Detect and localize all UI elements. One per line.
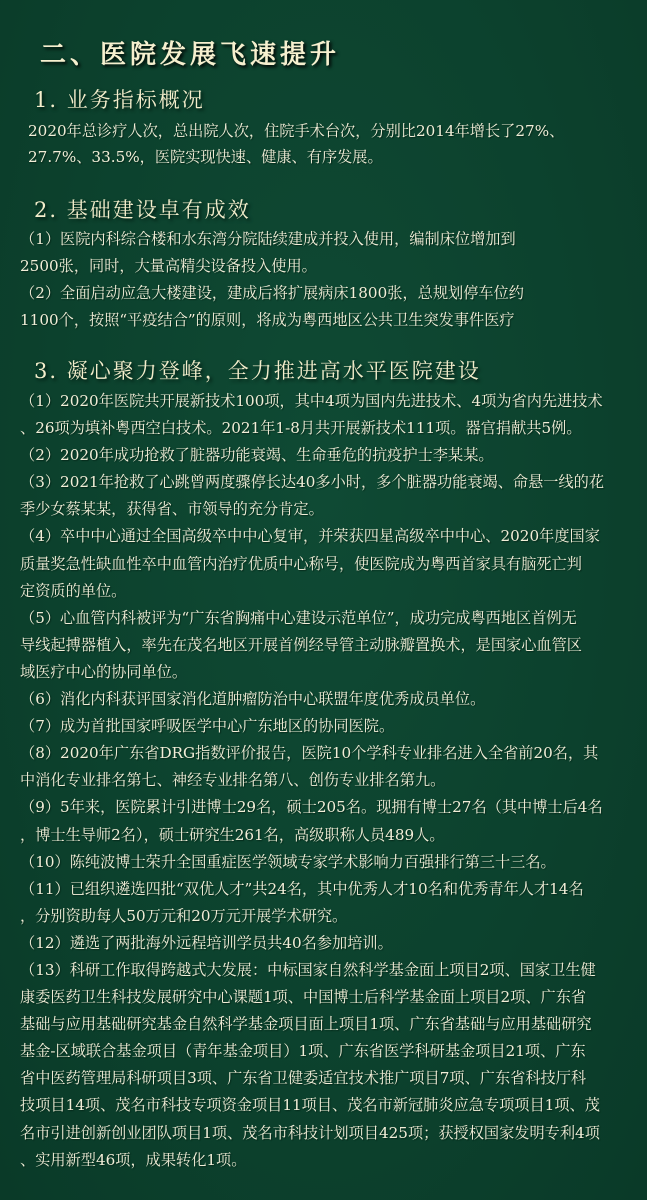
- text-line: 、实用新型46项，成果转化1项。: [20, 1147, 630, 1174]
- text-line: （10）陈纯波博士荣升全国重症医学领域专家学术影响力百强排行第三十三名。: [20, 849, 630, 876]
- text-line: 2500张，同时，大量高精尖设备投入使用。: [20, 253, 630, 280]
- text-line: 中消化专业排名第七、神经专业排名第八、创伤专业排名第九。: [20, 767, 630, 794]
- text-line: （1）医院内科综合楼和水东湾分院陆续建成并投入使用，编制床位增加到: [20, 226, 630, 253]
- text-line: （7）成为首批国家呼吸医学中心广东地区的协同医院。: [20, 713, 630, 740]
- text-line: 基础与应用基础研究基金自然科学基金项目面上项目1项、广东省基础与应用基础研究: [20, 1011, 630, 1038]
- text-line: ，博士生导师2名），硕士研究生261名，高级职称人员489人。: [20, 822, 630, 849]
- main-title: 二、医院发展飞速提升: [40, 34, 340, 71]
- text-line: （13）科研工作取得跨越式大发展：中标国家自然科学基金面上项目2项、国家卫生健: [20, 957, 630, 984]
- text-line: 季少女蔡某某，获得省、市领导的充分肯定。: [20, 496, 630, 523]
- text-line: 、26项为填补粤西空白技术。2021年1-8月共开展新技术111项。器官捐献共5…: [20, 415, 630, 442]
- text-line: 定资质的单位。: [20, 578, 630, 605]
- text-line: （1）2020年医院共开展新技术100项，其中4项为国内先进技术、4项为省内先进…: [20, 388, 630, 415]
- text-line: （2）全面启动应急大楼建设，建成后将扩展病床1800张，总规划停车位约: [20, 280, 630, 307]
- text-line: （5）心血管内科被评为“广东省胸痛中心建设示范单位”，成功完成粤西地区首例无: [20, 605, 630, 632]
- text-line: （8）2020年广东省DRG指数评价报告，医院10个学科专业排名进入全省前20名…: [20, 740, 630, 767]
- text-line: （4）卒中中心通过全国高级卒中中心复审，并荣获四星高级卒中中心、2020年度国家: [20, 523, 630, 550]
- text-line: 质量奖急性缺血性卒中血管内治疗优质中心称号，使医院成为粤西首家具有脑死亡判: [20, 551, 630, 578]
- text-line: 康委医药卫生科技发展研究中心课题1项、中国博士后科学基金面上项目2项、广东省: [20, 984, 630, 1011]
- text-line: ，分别资助每人50万元和20万元开展学术研究。: [20, 903, 630, 930]
- text-line: 技项目14项、茂名市科技专项资金项目11项目、茂名市新冠肺炎应急专项项目1项、茂: [20, 1092, 630, 1119]
- text-line: （12）遴选了两批海外远程培训学员共40名参加培训。: [20, 930, 630, 957]
- section-1-body: 2020年总诊疗人次，总出院人次，住院手术台次，分别比2014年增长了27%、 …: [28, 118, 638, 170]
- text-line: 导线起搏器植入，率先在茂名地区开展首例经导管主动脉瓣置换术，是国家心血管区: [20, 632, 630, 659]
- text-line: （3）2021年抢救了心跳曾两度骤停长达40多小时，多个脏器功能衰竭、命悬一线的…: [20, 469, 630, 496]
- text-line: （11）已组织遴选四批“双优人才”共24名，其中优秀人才10名和优秀青年人才14…: [20, 876, 630, 903]
- text-line: 名市引进创新创业团队项目1项、茂名市科技计划项目425项；获授权国家发明专利4项: [20, 1120, 630, 1147]
- section-3-heading: 3. 凝心聚力登峰，全力推进高水平医院建设: [34, 355, 481, 385]
- text-line: 1100个，按照“平疫结合”的原则，将成为粤西地区公共卫生突发事件医疗: [20, 307, 630, 334]
- section-3-body: （1）2020年医院共开展新技术100项，其中4项为国内先进技术、4项为省内先进…: [20, 388, 630, 1174]
- text-line: （9）5年来，医院累计引进博士29名，硕士205名。现拥有博士27名（其中博士后…: [20, 794, 630, 821]
- text-line: 基金-区域联合基金项目（青年基金项目）1项、广东省医学科研基金项目21项、广东: [20, 1038, 630, 1065]
- text-line: 省中医药管理局科研项目3项、广东省卫健委适宜技术推广项目7项、广东省科技厅科: [20, 1065, 630, 1092]
- text-line: 27.7%、33.5%，医院实现快速、健康、有序发展。: [28, 144, 638, 170]
- section-2-heading: 2. 基础建设卓有成效: [34, 194, 251, 224]
- text-line: （6）消化内科获评国家消化道肿瘤防治中心联盟年度优秀成员单位。: [20, 686, 630, 713]
- text-line: 域医疗中心的协同单位。: [20, 659, 630, 686]
- text-line: （2）2020年成功抢救了脏器功能衰竭、生命垂危的抗疫护士李某某。: [20, 442, 630, 469]
- text-line: 2020年总诊疗人次，总出院人次，住院手术台次，分别比2014年增长了27%、: [28, 118, 638, 144]
- section-1-heading: 1. 业务指标概况: [34, 84, 205, 114]
- section-2-body: （1）医院内科综合楼和水东湾分院陆续建成并投入使用，编制床位增加到 2500张，…: [20, 226, 630, 334]
